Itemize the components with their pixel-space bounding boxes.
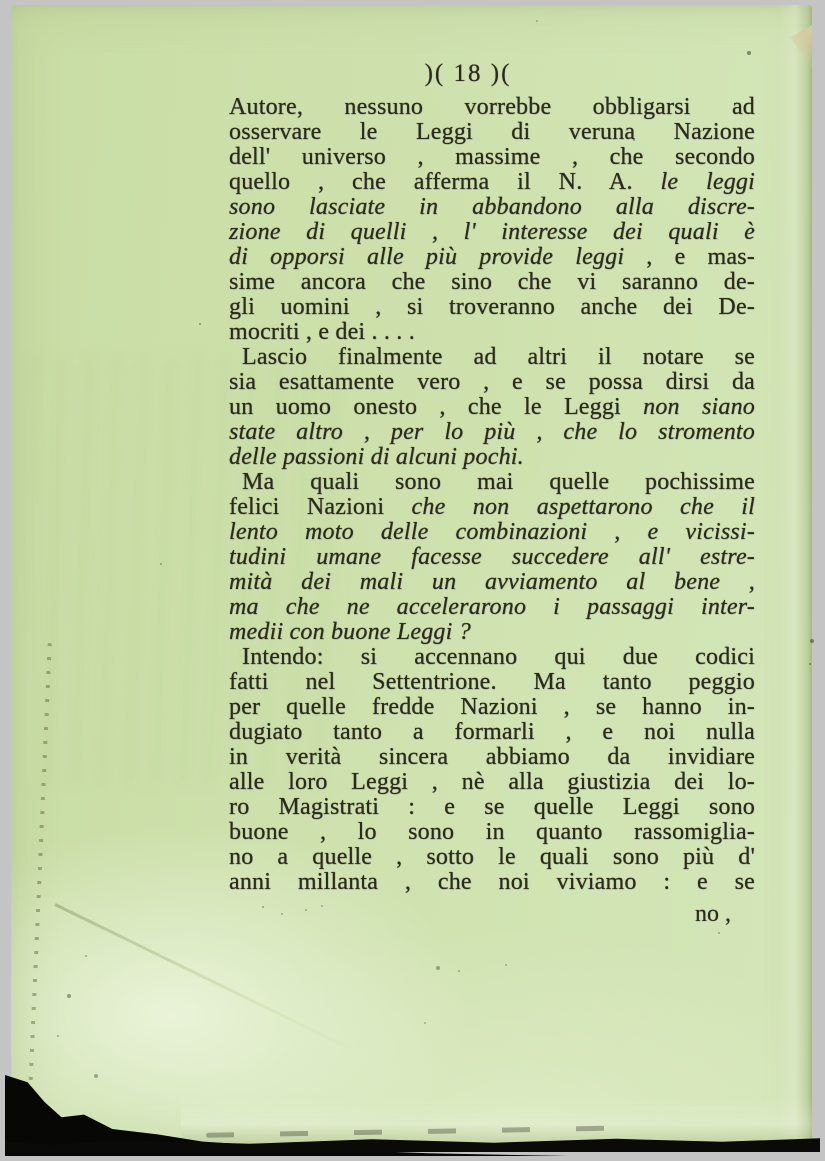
italic-text-segment: tudini umane facesse succedere all' estr… bbox=[229, 544, 755, 570]
italic-text-segment: non siano bbox=[643, 394, 755, 420]
italic-text-segment: medii con buone Leggi ? bbox=[229, 619, 471, 645]
text-segment: Lascio finalmente ad altri il notare se bbox=[242, 344, 755, 370]
text-segment: quello , che afferma il N. A. bbox=[229, 169, 660, 195]
scanned-book-page: )( 18 )( Autore, nessuno vorrebbe obblig… bbox=[0, 0, 825, 1161]
italic-text-segment: sono lasciate in abbandono alla discre- bbox=[229, 194, 755, 220]
bottom-edge-fold bbox=[181, 1098, 812, 1146]
italic-text-segment: lento moto delle combinazioni , e viciss… bbox=[229, 519, 755, 545]
text-block: Autore, nessuno vorrebbe obbligarsi ados… bbox=[229, 95, 755, 895]
text-line: Ma quali sono mai quelle pochissime bbox=[229, 470, 755, 495]
text-segment: fatti nel Settentrione. Ma tanto peggio bbox=[229, 669, 755, 695]
text-line: anni millanta , che noi viviamo : e se bbox=[229, 870, 755, 895]
italic-text-segment: che non aspettarono che il bbox=[412, 494, 755, 520]
text-line: mità dei mali un avviamento al bene , bbox=[229, 570, 755, 595]
text-line: ro Magistrati : e se quelle Leggi sono bbox=[229, 795, 755, 820]
text-line: fatti nel Settentrione. Ma tanto peggio bbox=[229, 670, 755, 695]
italic-text-segment: state altro , per lo più , che lo strome… bbox=[229, 419, 755, 445]
text-line: di opporsi alle più provide leggi , e ma… bbox=[229, 245, 755, 270]
text-segment: gli uomini , si troveranno anche dei De- bbox=[229, 294, 755, 320]
text-segment: no a quelle , sotto le quali sono più d' bbox=[229, 844, 755, 870]
text-line: ma che ne accelerarono i passaggi inter- bbox=[229, 595, 755, 620]
text-segment: dell' universo , massime , che secondo bbox=[229, 144, 755, 170]
italic-text-segment: le leggi bbox=[660, 169, 755, 195]
text-line: quello , che afferma il N. A. le leggi bbox=[229, 170, 755, 195]
text-segment: Ma quali sono mai quelle pochissime bbox=[242, 469, 755, 495]
text-segment: dugiato tanto a formarli , e noi nulla bbox=[229, 719, 755, 745]
text-line: un uomo onesto , che le Leggi non siano bbox=[229, 395, 755, 420]
italic-text-segment: delle passioni di alcuni pochi. bbox=[229, 444, 524, 470]
italic-text-segment: mità dei mali un avviamento al bene , bbox=[229, 569, 755, 595]
text-line: Autore, nessuno vorrebbe obbligarsi ad bbox=[229, 95, 755, 120]
italic-text-segment: zione di quelli , l' interesse dei quali… bbox=[229, 219, 755, 245]
text-segment: alle loro Leggi , nè alla giustizia dei … bbox=[229, 769, 755, 795]
text-line: alle loro Leggi , nè alla giustizia dei … bbox=[229, 770, 755, 795]
text-line: dugiato tanto a formarli , e noi nulla bbox=[229, 720, 755, 745]
text-line: buone , lo sono in quanto rassomiglia- bbox=[229, 820, 755, 845]
text-line: sime ancora che sino che vi saranno de- bbox=[229, 270, 755, 295]
text-line: gli uomini , si troveranno anche dei De- bbox=[229, 295, 755, 320]
paper-specks bbox=[11, 5, 13, 7]
text-segment: in verità sincera abbiamo da invidiare bbox=[229, 744, 755, 770]
text-line: felici Nazioni che non aspettarono che i… bbox=[229, 495, 755, 520]
text-segment: , e mas- bbox=[624, 244, 755, 270]
text-segment: sia esattamente vero , e se possa dirsi … bbox=[229, 369, 755, 395]
text-segment: anni millanta , che noi viviamo : e se bbox=[229, 869, 755, 895]
text-segment: sime ancora che sino che vi saranno de- bbox=[229, 269, 755, 295]
text-segment: Intendo: si accennano qui due codici bbox=[242, 644, 755, 670]
text-line: state altro , per lo più , che lo strome… bbox=[229, 420, 755, 445]
text-line: sono lasciate in abbandono alla discre- bbox=[229, 195, 755, 220]
text-line: tudini umane facesse succedere all' estr… bbox=[229, 545, 755, 570]
text-segment: mocriti , e dei . . . . bbox=[229, 319, 415, 345]
text-line: dell' universo , massime , che secondo bbox=[229, 145, 755, 170]
text-line: osservare le Leggi di veruna Nazione bbox=[229, 120, 755, 145]
text-line: per quelle fredde Nazioni , se hanno in- bbox=[229, 695, 755, 720]
text-line: sia esattamente vero , e se possa dirsi … bbox=[229, 370, 755, 395]
text-segment: Autore, nessuno vorrebbe obbligarsi ad bbox=[229, 94, 755, 120]
text-segment: osservare le Leggi di veruna Nazione bbox=[229, 119, 755, 145]
text-line: in verità sincera abbiamo da invidiare bbox=[229, 745, 755, 770]
right-edge-fold bbox=[778, 5, 812, 1152]
text-segment: felici Nazioni bbox=[229, 494, 412, 520]
book-page-paper: )( 18 )( Autore, nessuno vorrebbe obblig… bbox=[11, 5, 812, 1152]
text-segment: per quelle fredde Nazioni , se hanno in- bbox=[229, 694, 755, 720]
text-line: zione di quelli , l' interesse dei quali… bbox=[229, 220, 755, 245]
text-segment: ro Magistrati : e se quelle Leggi sono bbox=[229, 794, 755, 820]
italic-text-segment: di opporsi alle più provide leggi bbox=[229, 244, 624, 270]
page-number-header: )( 18 )( bbox=[229, 60, 707, 88]
catchword: no , bbox=[229, 901, 731, 928]
italic-text-segment: ma che ne accelerarono i passaggi inter- bbox=[229, 594, 755, 620]
text-line: mocriti , e dei . . . . bbox=[229, 320, 755, 345]
text-line: no a quelle , sotto le quali sono più d' bbox=[229, 845, 755, 870]
text-line: medii con buone Leggi ? bbox=[229, 620, 755, 645]
text-segment: buone , lo sono in quanto rassomiglia- bbox=[229, 819, 755, 845]
text-line: Lascio finalmente ad altri il notare se bbox=[229, 345, 755, 370]
text-segment: un uomo onesto , che le Leggi bbox=[229, 394, 643, 420]
text-line: delle passioni di alcuni pochi. bbox=[229, 445, 755, 470]
text-line: lento moto delle combinazioni , e viciss… bbox=[229, 520, 755, 545]
text-line: Intendo: si accennano qui due codici bbox=[229, 645, 755, 670]
